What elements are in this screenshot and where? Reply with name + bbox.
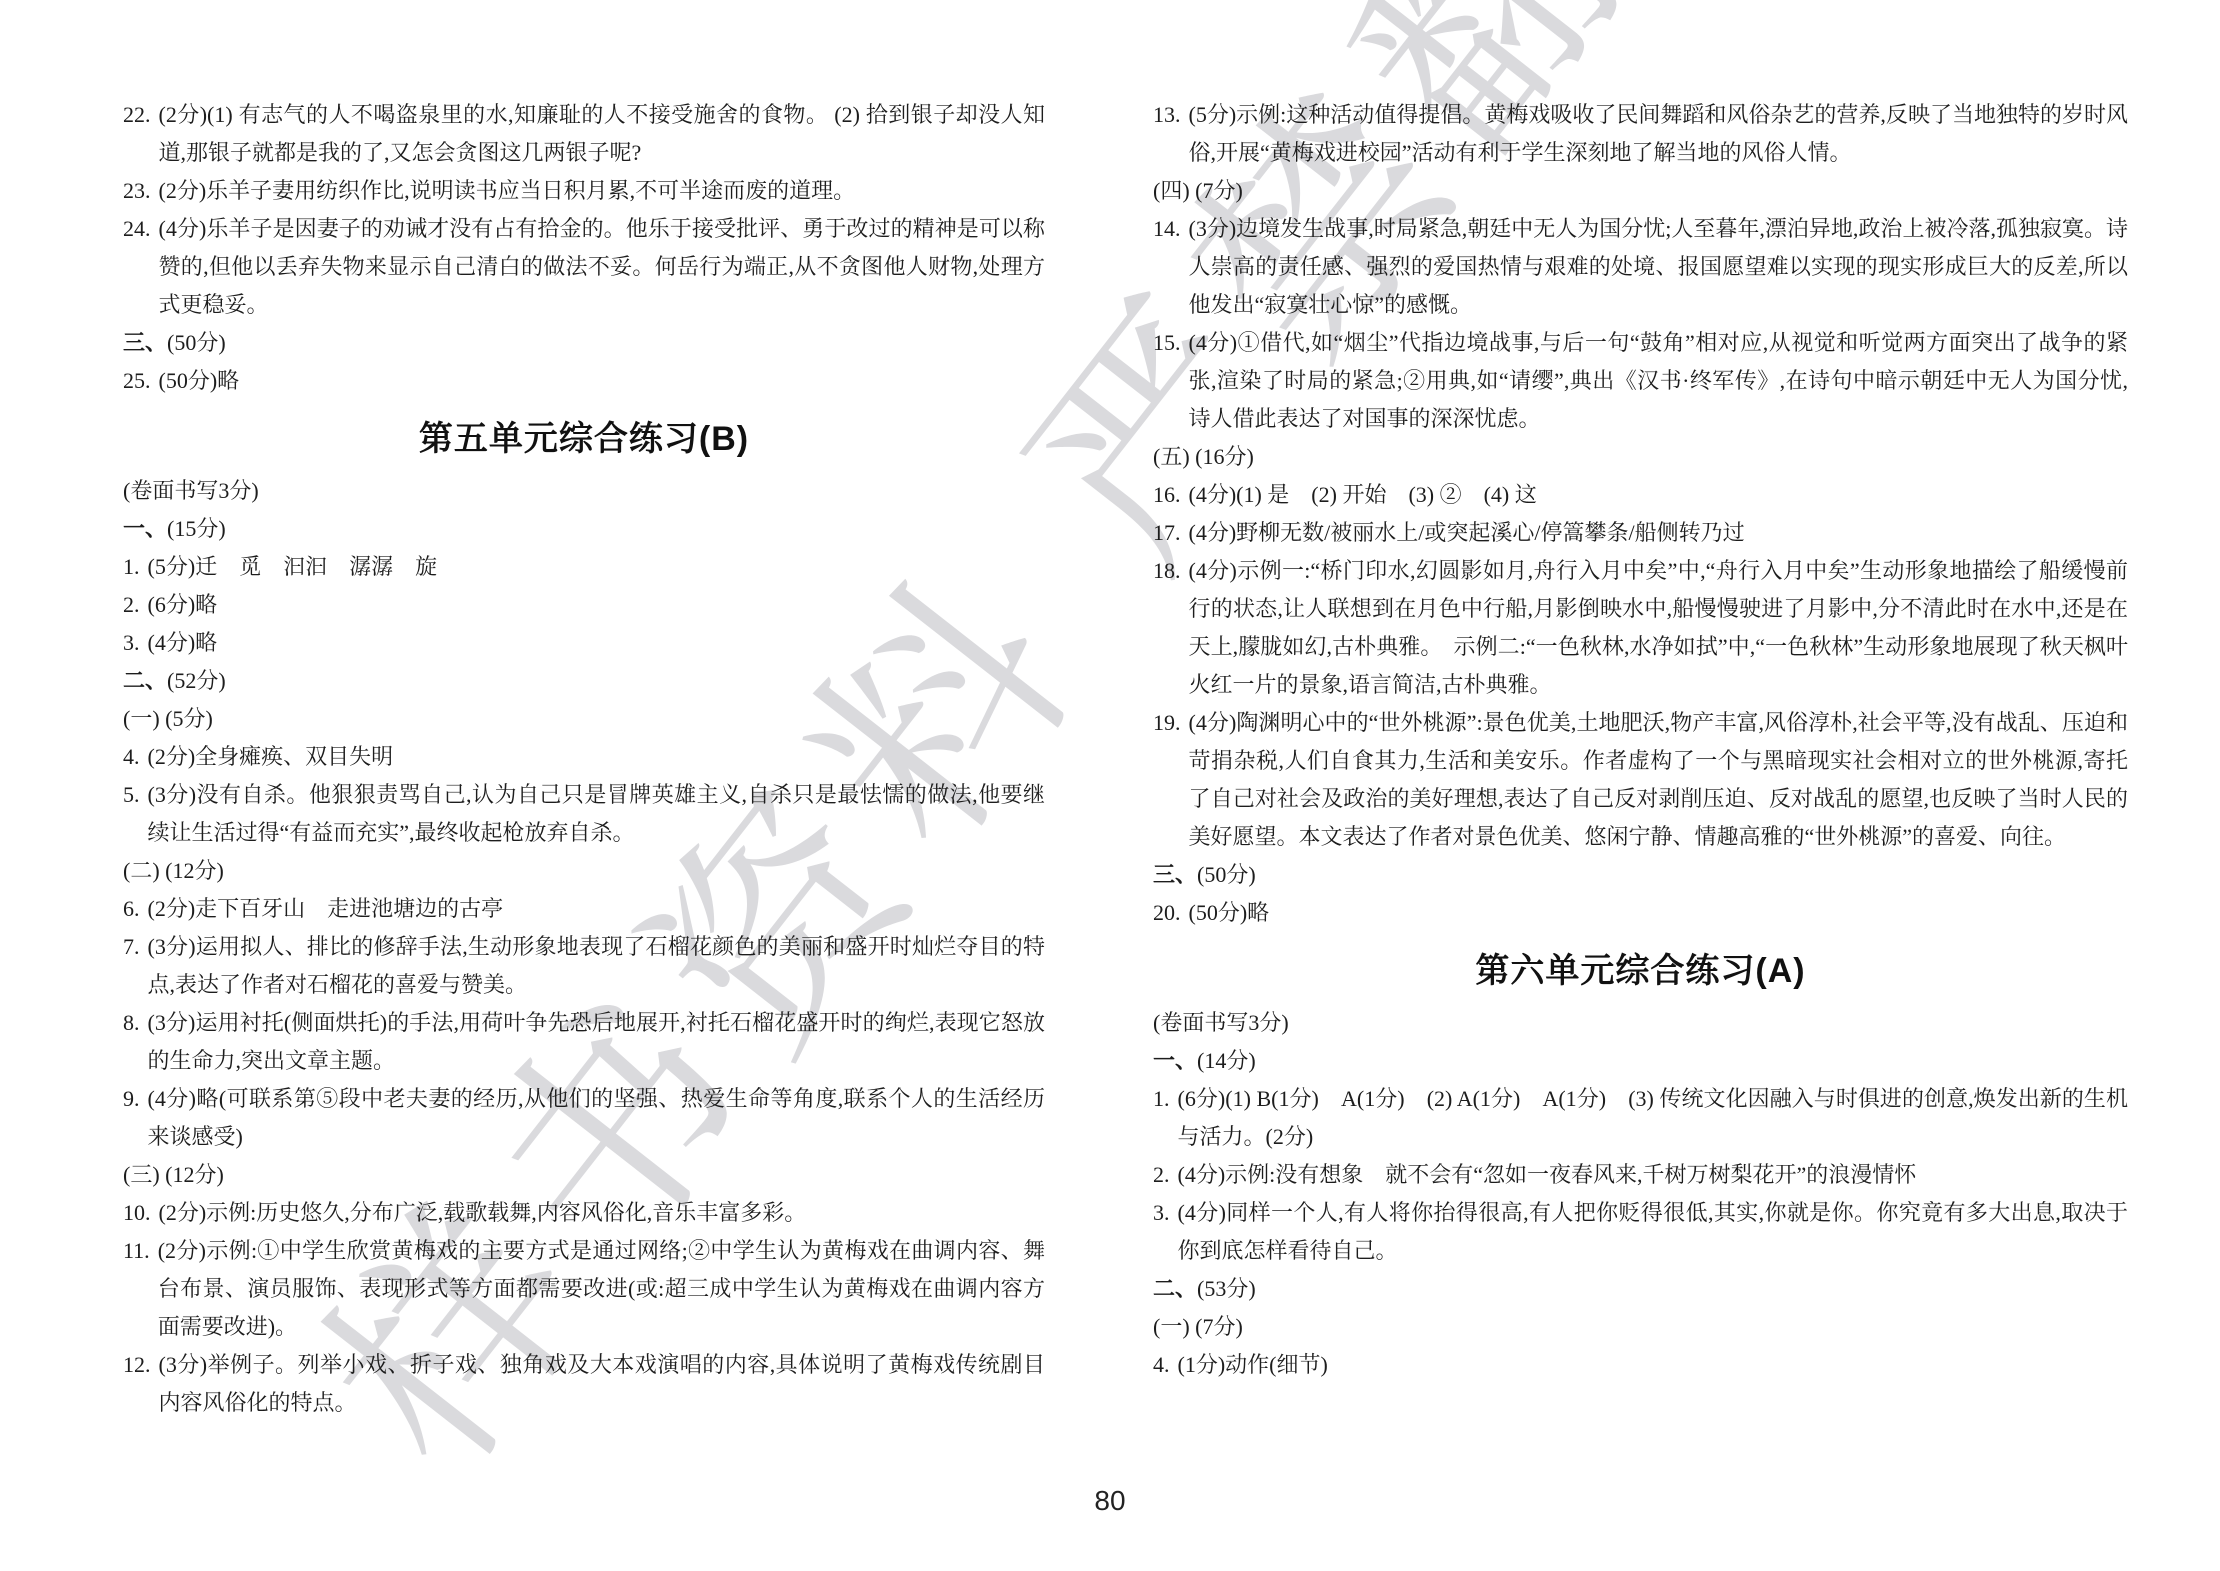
item-text: (4分)略(可联系第⑤段中老夫妻的经历,从他们的坚强、热爱生命等角度,联系个人的…	[148, 1080, 1046, 1156]
item-text: (3分)运用拟人、排比的修辞手法,生动形象地表现了石榴花颜色的美丽和盛开时灿烂夺…	[148, 928, 1046, 1004]
answer-item: 19.(4分)陶渊明心中的“世外桃源”:景色优美,土地肥沃,物产丰富,风俗淳朴,…	[1153, 704, 2128, 856]
item-text: (6分)略	[148, 586, 1046, 624]
item-number: 9.	[123, 1080, 148, 1156]
answer-item: 18.(4分)示例一:“桥门印水,幻圆影如月,舟行入月中矣”中,“舟行入月中矣”…	[1153, 552, 2128, 704]
item-text: (2分)示例:历史悠久,分布广泛,载歌载舞,内容风俗化,音乐丰富多彩。	[159, 1194, 1046, 1232]
subsection-label: (五) (16分)	[1153, 438, 2128, 476]
item-text: (50分)略	[159, 362, 1046, 400]
right-column: 13.(5分)示例:这种活动值得提倡。黄梅戏吸收了民间舞蹈和风俗杂艺的营养,反映…	[1153, 96, 2128, 1384]
answer-item: 8.(3分)运用衬托(侧面烘托)的手法,用荷叶争先恐后地展开,衬托石榴花盛开时的…	[123, 1004, 1045, 1080]
item-text: (3分)举例子。列举小戏、折子戏、独角戏及大本戏演唱的内容,具体说明了黄梅戏传统…	[159, 1346, 1046, 1422]
subsection-label: (一) (7分)	[1153, 1308, 2128, 1346]
item-number: 2.	[1153, 1156, 1178, 1194]
answer-item: 12.(3分)举例子。列举小戏、折子戏、独角戏及大本戏演唱的内容,具体说明了黄梅…	[123, 1346, 1045, 1422]
answer-item: 14.(3分)边境发生战事,时局紧急,朝廷中无人为国分忧;人至暮年,漂泊异地,政…	[1153, 210, 2128, 324]
item-text: (2分)全身瘫痪、双目失明	[148, 738, 1046, 776]
answer-item: 4.(1分)动作(细节)	[1153, 1346, 2128, 1384]
item-text: (5分)迁 觅 汩汩 潺潺 旋	[148, 548, 1046, 586]
item-number: 6.	[123, 890, 148, 928]
answer-item: 20.(50分)略	[1153, 894, 2128, 932]
answer-item: 11.(2分)示例:①中学生欣赏黄梅戏的主要方式是通过网络;②中学生认为黄梅戏在…	[123, 1232, 1045, 1346]
section-label-score: (14分)	[1197, 1048, 1256, 1073]
item-number: 18.	[1153, 552, 1189, 704]
answer-item: 23.(2分)乐羊子妻用纺织作比,说明读书应当日积月累,不可半途而废的道理。	[123, 172, 1045, 210]
item-number: 22.	[123, 96, 159, 172]
section-label-score: (50分)	[167, 330, 226, 355]
subsection-label: (一) (5分)	[123, 700, 1045, 738]
item-text: (2分)乐羊子妻用纺织作比,说明读书应当日积月累,不可半途而废的道理。	[159, 172, 1046, 210]
item-number: 25.	[123, 362, 159, 400]
answer-item: 25.(50分)略	[123, 362, 1045, 400]
item-number: 24.	[123, 210, 159, 324]
item-number: 8.	[123, 1004, 148, 1080]
item-number: 11.	[123, 1232, 158, 1346]
answer-item: 10.(2分)示例:历史悠久,分布广泛,载歌载舞,内容风俗化,音乐丰富多彩。	[123, 1194, 1045, 1232]
subsection-label: (四) (7分)	[1153, 172, 2128, 210]
item-text: (5分)示例:这种活动值得提倡。黄梅戏吸收了民间舞蹈和风俗杂艺的营养,反映了当地…	[1189, 96, 2129, 172]
item-text: (1分)动作(细节)	[1178, 1346, 2129, 1384]
answer-item: 16.(4分)(1) 是 (2) 开始 (3) ② (4) 这	[1153, 476, 2128, 514]
item-number: 7.	[123, 928, 148, 1004]
item-number: 3.	[1153, 1194, 1178, 1270]
answer-item: 3.(4分)同样一个人,有人将你抬得很高,有人把你贬得很低,其实,你就是你。你究…	[1153, 1194, 2128, 1270]
scanned-answer-page: 样书资料 严禁翻传 22.(2分)(1) 有志气的人不喝盗泉里的水,知廉耻的人不…	[0, 0, 2220, 1571]
item-text: (2分)走下百牙山 走进池塘边的古亭	[148, 890, 1046, 928]
item-text: (4分)同样一个人,有人将你抬得很高,有人把你贬得很低,其实,你就是你。你究竟有…	[1178, 1194, 2129, 1270]
section-label: 三、(50分)	[1153, 856, 2128, 894]
item-number: 14.	[1153, 210, 1189, 324]
section-label-prefix: 一、	[123, 516, 167, 541]
item-text: (3分)运用衬托(侧面烘托)的手法,用荷叶争先恐后地展开,衬托石榴花盛开时的绚烂…	[148, 1004, 1046, 1080]
item-text: (2分)示例:①中学生欣赏黄梅戏的主要方式是通过网络;②中学生认为黄梅戏在曲调内…	[158, 1232, 1045, 1346]
item-number: 15.	[1153, 324, 1189, 438]
item-number: 5.	[123, 776, 148, 852]
answer-item: 24.(4分)乐羊子是因妻子的劝诫才没有占有拾金的。他乐于接受批评、勇于改过的精…	[123, 210, 1045, 324]
section-label-score: (52分)	[167, 668, 226, 693]
item-number: 1.	[123, 548, 148, 586]
item-number: 16.	[1153, 476, 1189, 514]
section-label-prefix: 二、	[123, 668, 167, 693]
section-label-prefix: 三、	[123, 330, 167, 355]
item-text: (4分)陶渊明心中的“世外桃源”:景色优美,土地肥沃,物产丰富,风俗淳朴,社会平…	[1189, 704, 2129, 856]
section-label-prefix: 三、	[1153, 862, 1197, 887]
answer-item: 6.(2分)走下百牙山 走进池塘边的古亭	[123, 890, 1045, 928]
item-text: (3分)边境发生战事,时局紧急,朝廷中无人为国分忧;人至暮年,漂泊异地,政治上被…	[1189, 210, 2129, 324]
note-line: (卷面书写3分)	[1153, 1004, 2128, 1042]
answer-item: 4.(2分)全身瘫痪、双目失明	[123, 738, 1045, 776]
item-number: 4.	[123, 738, 148, 776]
item-text: (4分)乐羊子是因妻子的劝诫才没有占有拾金的。他乐于接受批评、勇于改过的精神是可…	[159, 210, 1046, 324]
item-number: 19.	[1153, 704, 1189, 856]
item-text: (4分)①借代,如“烟尘”代指边境战事,与后一句“鼓角”相对应,从视觉和听觉两方…	[1189, 324, 2129, 438]
item-text: (4分)(1) 是 (2) 开始 (3) ② (4) 这	[1189, 476, 2129, 514]
section-label: 二、(53分)	[1153, 1270, 2128, 1308]
answer-item: 2.(4分)示例:没有想象 就不会有“忽如一夜春风来,千树万树梨花开”的浪漫情怀	[1153, 1156, 2128, 1194]
answer-item: 9.(4分)略(可联系第⑤段中老夫妻的经历,从他们的坚强、热爱生命等角度,联系个…	[123, 1080, 1045, 1156]
section-label-prefix: 一、	[1153, 1048, 1197, 1073]
item-number: 20.	[1153, 894, 1189, 932]
item-number: 13.	[1153, 96, 1189, 172]
answer-item: 1.(6分)(1) B(1分) A(1分) (2) A(1分) A(1分) (3…	[1153, 1080, 2128, 1156]
item-text: (6分)(1) B(1分) A(1分) (2) A(1分) A(1分) (3) …	[1178, 1080, 2129, 1156]
subsection-label: (二) (12分)	[123, 852, 1045, 890]
item-text: (4分)略	[148, 624, 1046, 662]
section-label: 一、(15分)	[123, 510, 1045, 548]
answer-item: 5.(3分)没有自杀。他狠狠责骂自己,认为自己只是冒牌英雄主义,自杀只是最怯懦的…	[123, 776, 1045, 852]
item-number: 12.	[123, 1346, 159, 1422]
section-label-score: (53分)	[1197, 1276, 1256, 1301]
answer-item: 1.(5分)迁 觅 汩汩 潺潺 旋	[123, 548, 1045, 586]
answer-item: 3.(4分)略	[123, 624, 1045, 662]
item-text: (50分)略	[1189, 894, 2129, 932]
item-text: (3分)没有自杀。他狠狠责骂自己,认为自己只是冒牌英雄主义,自杀只是最怯懦的做法…	[148, 776, 1046, 852]
section-label-score: (15分)	[167, 516, 226, 541]
item-number: 1.	[1153, 1080, 1178, 1156]
answer-item: 17.(4分)野柳无数/被丽水上/或突起溪心/停篙攀条/船侧转乃过	[1153, 514, 2128, 552]
section-label: 三、(50分)	[123, 324, 1045, 362]
section-label: 一、(14分)	[1153, 1042, 2128, 1080]
section-label-prefix: 二、	[1153, 1276, 1197, 1301]
item-number: 17.	[1153, 514, 1189, 552]
item-number: 23.	[123, 172, 159, 210]
unit-title: 第五单元综合练习(B)	[123, 416, 1045, 462]
item-text: (4分)示例一:“桥门印水,幻圆影如月,舟行入月中矣”中,“舟行入月中矣”生动形…	[1189, 552, 2129, 704]
subsection-label: (三) (12分)	[123, 1156, 1045, 1194]
page-number: 80	[0, 1482, 2220, 1520]
item-text: (4分)野柳无数/被丽水上/或突起溪心/停篙攀条/船侧转乃过	[1189, 514, 2129, 552]
answer-item: 13.(5分)示例:这种活动值得提倡。黄梅戏吸收了民间舞蹈和风俗杂艺的营养,反映…	[1153, 96, 2128, 172]
item-text: (2分)(1) 有志气的人不喝盗泉里的水,知廉耻的人不接受施舍的食物。 (2) …	[159, 96, 1046, 172]
item-text: (4分)示例:没有想象 就不会有“忽如一夜春风来,千树万树梨花开”的浪漫情怀	[1178, 1156, 2129, 1194]
item-number: 3.	[123, 624, 148, 662]
section-label-score: (50分)	[1197, 862, 1256, 887]
item-number: 2.	[123, 586, 148, 624]
answer-item: 15.(4分)①借代,如“烟尘”代指边境战事,与后一句“鼓角”相对应,从视觉和听…	[1153, 324, 2128, 438]
item-number: 4.	[1153, 1346, 1178, 1384]
left-column: 22.(2分)(1) 有志气的人不喝盗泉里的水,知廉耻的人不接受施舍的食物。 (…	[123, 96, 1045, 1422]
note-line: (卷面书写3分)	[123, 472, 1045, 510]
unit-title: 第六单元综合练习(A)	[1153, 948, 2128, 994]
answer-item: 7.(3分)运用拟人、排比的修辞手法,生动形象地表现了石榴花颜色的美丽和盛开时灿…	[123, 928, 1045, 1004]
answer-item: 2.(6分)略	[123, 586, 1045, 624]
answer-item: 22.(2分)(1) 有志气的人不喝盗泉里的水,知廉耻的人不接受施舍的食物。 (…	[123, 96, 1045, 172]
item-number: 10.	[123, 1194, 159, 1232]
section-label: 二、(52分)	[123, 662, 1045, 700]
